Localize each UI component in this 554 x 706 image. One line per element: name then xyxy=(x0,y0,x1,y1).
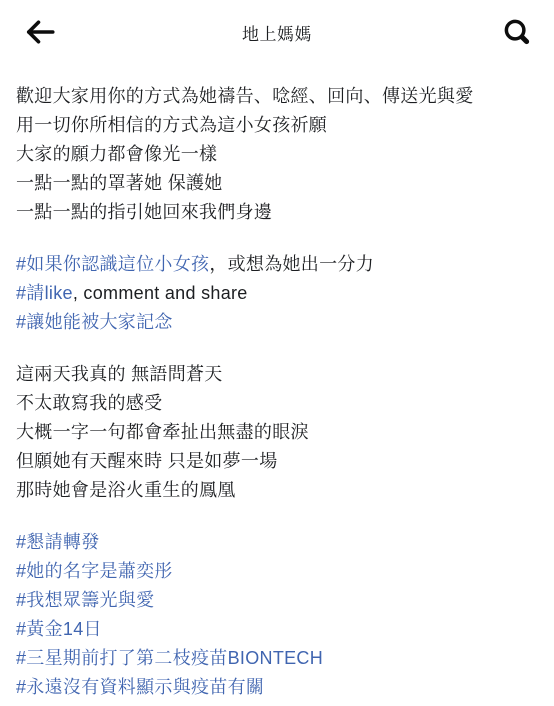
top-bar: 地上媽媽 xyxy=(0,0,554,64)
post-line: #請like, comment and share xyxy=(16,279,538,308)
post-text: 不太敢寫我的感受 xyxy=(16,393,162,413)
post-line: #永遠沒有資料顯示與疫苗有關 xyxy=(16,673,538,702)
hashtag-link[interactable]: #讓她能被大家記念 xyxy=(16,312,173,332)
post-line: 那時她會是浴火重生的鳳凰 xyxy=(16,476,538,505)
post-text: 大家的願力都會像光一樣 xyxy=(16,144,217,164)
page-title: 地上媽媽 xyxy=(0,20,554,45)
post-line: 用一切你所相信的方式為這小女孩祈願 xyxy=(16,111,538,140)
post-line: 不太敢寫我的感受 xyxy=(16,389,538,418)
post-text: 一點一點的罩著她 保護她 xyxy=(16,173,223,193)
back-arrow-icon xyxy=(22,14,58,50)
hashtag-link[interactable]: #我想眾籌光與愛 xyxy=(16,590,154,610)
post-line: 大概一字一句都會牽扯出無盡的眼淚 xyxy=(16,418,538,447)
hashtag-link[interactable]: #永遠沒有資料顯示與疫苗有關 xyxy=(16,677,264,697)
search-icon xyxy=(502,17,532,47)
post-text: 一點一點的指引她回來我們身邊 xyxy=(16,202,272,222)
post-line: 大家的願力都會像光一樣 xyxy=(16,140,538,169)
hashtag-link[interactable]: #三星期前打了第二枝疫苗BIONTECH xyxy=(16,648,323,668)
post-line: 一點一點的罩著她 保護她 xyxy=(16,169,538,198)
post-paragraph: #懇請轉發#她的名字是蕭奕彤#我想眾籌光與愛#黃金14日#三星期前打了第二枝疫苗… xyxy=(16,528,538,702)
hashtag-link[interactable]: #懇請轉發 xyxy=(16,532,100,552)
post-text: , comment and share xyxy=(73,283,248,303)
post-text: 但願她有天醒來時 只是如夢一場 xyxy=(16,451,278,471)
hashtag-link[interactable]: #請like xyxy=(16,283,73,303)
post-line: #懇請轉發 xyxy=(16,528,538,557)
post-paragraph: 這兩天我真的 無語問蒼天不太敢寫我的感受大概一字一句都會牽扯出無盡的眼淚但願她有… xyxy=(16,360,538,505)
back-button[interactable] xyxy=(22,14,58,50)
post-body: 歡迎大家用你的方式為她禱告、唸經、回向、傳送光與愛用一切你所相信的方式為這小女孩… xyxy=(0,64,554,702)
post-text: 用一切你所相信的方式為這小女孩祈願 xyxy=(16,115,327,135)
post-line: #她的名字是蕭奕彤 xyxy=(16,557,538,586)
post-line: #讓她能被大家記念 xyxy=(16,308,538,337)
post-line: #我想眾籌光與愛 xyxy=(16,586,538,615)
post-text: 那時她會是浴火重生的鳳凰 xyxy=(16,480,236,500)
post-line: 但願她有天醒來時 只是如夢一場 xyxy=(16,447,538,476)
post-text: 歡迎大家用你的方式為她禱告、唸經、回向、傳送光與愛 xyxy=(16,86,474,106)
post-text: 這兩天我真的 無語問蒼天 xyxy=(16,364,223,384)
hashtag-link[interactable]: #如果你認識這位小女孩 xyxy=(16,254,209,274)
post-line: #三星期前打了第二枝疫苗BIONTECH xyxy=(16,644,538,673)
post-text: ，或想為她出一分力 xyxy=(209,254,374,274)
post-line: 這兩天我真的 無語問蒼天 xyxy=(16,360,538,389)
post-line: 一點一點的指引她回來我們身邊 xyxy=(16,198,538,227)
post-line: #黃金14日 xyxy=(16,615,538,644)
post-line: 歡迎大家用你的方式為她禱告、唸經、回向、傳送光與愛 xyxy=(16,82,538,111)
post-paragraph: #如果你認識這位小女孩，或想為她出一分力#請like, comment and … xyxy=(16,250,538,337)
post-paragraph: 歡迎大家用你的方式為她禱告、唸經、回向、傳送光與愛用一切你所相信的方式為這小女孩… xyxy=(16,82,538,227)
search-button[interactable] xyxy=(502,17,532,47)
hashtag-link[interactable]: #黃金14日 xyxy=(16,619,102,639)
post-text: 大概一字一句都會牽扯出無盡的眼淚 xyxy=(16,422,309,442)
hashtag-link[interactable]: #她的名字是蕭奕彤 xyxy=(16,561,173,581)
post-line: #如果你認識這位小女孩，或想為她出一分力 xyxy=(16,250,538,279)
